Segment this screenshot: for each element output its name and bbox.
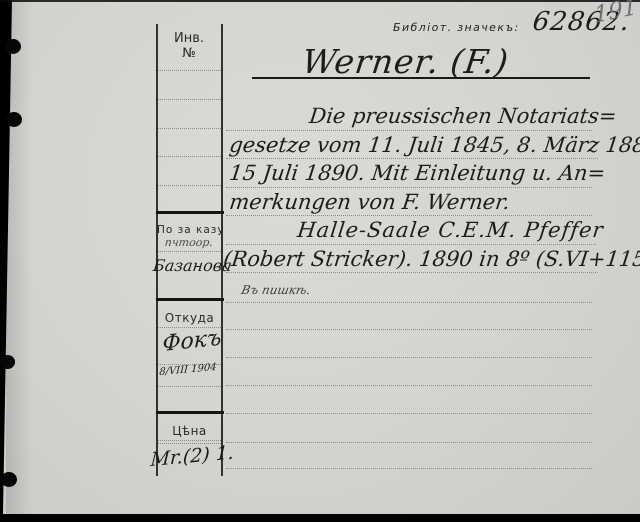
writing-rule: [226, 413, 592, 414]
column-left-border: [156, 24, 158, 476]
writing-rule: [226, 302, 592, 303]
column-right-border: [221, 24, 223, 476]
writing-rule: [226, 158, 598, 159]
inventory-label-line1: Инв.: [156, 31, 222, 46]
section-divider: [156, 211, 224, 214]
punch-hole: [1, 472, 17, 487]
writing-rule: [226, 468, 592, 469]
writing-rule: [226, 329, 592, 330]
section-divider: [156, 298, 224, 301]
writing-rule: [226, 357, 592, 358]
writing-rule: [226, 244, 596, 245]
column-rule: [158, 185, 221, 186]
writing-rule: [226, 130, 592, 131]
column-rule: [158, 251, 221, 252]
price-label: Цѣна: [157, 424, 222, 438]
title-line-2: gesetze vom 11. Juli 1845, 8. März 1880,: [228, 133, 640, 157]
author-underline: [252, 77, 590, 79]
imprint-line-2: (Robert Stricker). 1890 in 8º (S.VI+115)…: [222, 247, 640, 271]
writing-rule: [226, 442, 592, 443]
scan-edge-shadow: [6, 0, 32, 514]
column-rule: [158, 99, 221, 100]
author-heading: Werner. (F.): [300, 42, 511, 81]
origin-label: Откуда: [157, 311, 222, 325]
scanned-catalog-card: Инв. № По за казу пчтоор. Базанова Откуд…: [0, 0, 640, 522]
small-note-handwriting: Въ пишкѣ.: [240, 283, 312, 297]
title-line-1: Die preussischen Notariats=: [308, 104, 618, 128]
title-line-3: 15 Juli 1890. Mit Einleitung u. An=: [228, 161, 607, 185]
column-rule: [158, 156, 221, 157]
writing-rule: [226, 187, 592, 188]
inventory-label-line2: №: [156, 46, 222, 61]
column-rule: [158, 70, 221, 71]
column-rule: [158, 386, 221, 387]
section-divider: [156, 411, 224, 414]
library-stamp-label: Библіот. значекъ:: [393, 21, 520, 34]
order-name-handwriting: Базанова: [152, 256, 233, 275]
column-rule: [158, 128, 221, 129]
order-note-handwriting: пчтоор.: [164, 236, 214, 249]
imprint-line-1: Halle-Saale C.E.M. Pfeffer: [296, 218, 605, 242]
writing-rule: [226, 215, 592, 216]
scan-top-edge: [0, 0, 640, 2]
title-line-4: merkungen von F. Werner.: [228, 190, 511, 214]
inventory-number-label: Инв. №: [156, 31, 222, 61]
punch-hole: [0, 355, 15, 369]
punch-hole: [5, 39, 21, 54]
writing-rule: [226, 272, 598, 273]
order-label: По за казу: [157, 224, 222, 236]
punch-hole: [6, 112, 22, 127]
writing-rule: [226, 385, 592, 386]
column-rule: [158, 440, 221, 441]
